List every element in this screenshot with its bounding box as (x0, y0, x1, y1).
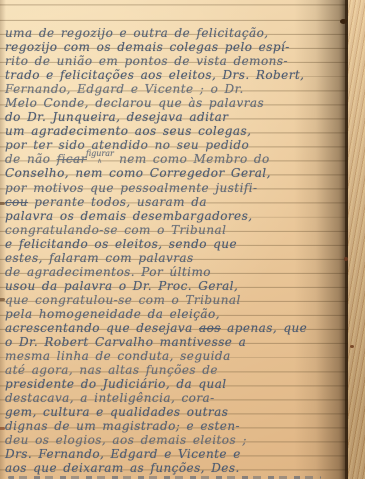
handwriting-line: Fernando, Edgard e Vicente ; o Dr. (5, 82, 331, 96)
text-segment: o Dr. Robert Carvalho mantivesse a (5, 335, 246, 349)
page-edges-shade (348, 0, 365, 479)
text-segment: congratulando-se com o Tribunal (5, 223, 226, 237)
handwriting-line: palavra os demais desembargadores, (5, 209, 331, 223)
text-segment: até agora, nas altas funções de (5, 363, 218, 377)
handwriting-line: dignas de um magistrado; e esten- (5, 419, 331, 433)
handwriting-line: destacava, a inteligência, cora- (5, 391, 331, 405)
handwriting-line: que congratulou-se com o Tribunal (5, 293, 331, 307)
struck-word: cou (5, 195, 28, 209)
text-segment: rito de união em pontos de vista demons- (5, 54, 288, 68)
handwriting-line: Conselho, nem como Corregedor Geral, (5, 166, 331, 180)
handwriting-line: por motivos que pessoalmente justifi- (5, 181, 331, 195)
struck-word: aos (199, 321, 221, 335)
ink-speck (350, 345, 354, 348)
handwriting-line: mesma linha de conduta, seguida (5, 349, 331, 363)
text-segment: dignas de um magistrado; e esten- (5, 419, 240, 433)
ink-speck (344, 257, 348, 261)
handwriting-line: Melo Conde, declarou que às palavras (5, 96, 331, 110)
text-segment: que congratulou-se com o Tribunal (5, 293, 241, 307)
handwriting-line: por ter sido atendido no seu pedido (5, 138, 331, 152)
handwriting-line: presidente do Judiciário, da qual (5, 377, 331, 391)
text-segment: de não (5, 152, 57, 166)
text-segment: do Dr. Junqueira, desejava aditar (5, 110, 228, 124)
text-segment: regozijo com os demais colegas pelo espí… (5, 40, 290, 54)
manuscript-page: uma de regozijo e outra de felicitação,r… (0, 0, 365, 479)
text-segment: nem como Membro do (113, 152, 270, 166)
text-segment: presidente do Judiciário, da qual (5, 377, 227, 391)
text-segment: deu os elogios, aos demais eleitos ; (5, 433, 247, 447)
text-segment: trado e felicitações aos eleitos, Drs. R… (5, 68, 304, 82)
handwriting-line: gem, cultura e qualidades outras (5, 405, 331, 419)
text-segment: por motivos que pessoalmente justifi- (5, 181, 258, 195)
handwriting-line: Drs. Fernando, Edgard e Vicente e (5, 447, 331, 461)
inserted-word: figurar (86, 147, 114, 161)
text-segment: de agradecimentos. Por último (5, 265, 211, 279)
handwriting-line: de não ficarfigurar nem como Membro do (5, 152, 331, 166)
handwriting-line: pela homogeneidade da eleição, (5, 307, 331, 321)
text-segment: perante todos, usaram da (28, 195, 207, 209)
handwriting-line: o Dr. Robert Carvalho mantivesse a (5, 335, 331, 349)
text-segment: pela homogeneidade da eleição, (5, 307, 220, 321)
text-segment: Melo Conde, declarou que às palavras (5, 96, 264, 110)
text-segment: Drs. Fernando, Edgard e Vicente e (5, 447, 241, 461)
handwriting-line: aos que deixaram as funções, Des. (5, 461, 331, 475)
text-segment: Fernando, Edgard e Vicente ; o Dr. (5, 82, 244, 96)
handwriting-line: um agradecimento aos seus colegas, (5, 124, 331, 138)
text-segment: gem, cultura e qualidades outras (5, 405, 228, 419)
text-segment: palavra os demais desembargadores, (5, 209, 252, 223)
handwriting: uma de regozijo e outra de felicitação,r… (5, 26, 331, 476)
text-segment: usou da palavra o Dr. Proc. Geral, (5, 279, 238, 293)
handwriting-line: cou perante todos, usaram da (5, 195, 331, 209)
handwriting-line: deu os elogios, aos demais eleitos ; (5, 433, 331, 447)
text-segment: estes, falaram com palavras (5, 251, 194, 265)
handwriting-line: estes, falaram com palavras (5, 251, 331, 265)
text-segment: um agradecimento aos seus colegas, (5, 124, 251, 138)
handwriting-line: congratulando-se com o Tribunal (5, 223, 331, 237)
ink-speck (340, 19, 347, 24)
handwriting-line: trado e felicitações aos eleitos, Drs. R… (5, 68, 331, 82)
text-segment: Conselho, nem como Corregedor Geral, (5, 166, 271, 180)
handwriting-line: regozijo com os demais colegas pelo espí… (5, 40, 331, 54)
text-segment: aos que deixaram as funções, Des. (5, 461, 240, 475)
text-segment: por ter sido atendido no seu pedido (5, 138, 249, 152)
handwriting-line: usou da palavra o Dr. Proc. Geral, (5, 279, 331, 293)
text-segment: mesma linha de conduta, seguida (5, 349, 231, 363)
handwriting-line: do Dr. Junqueira, desejava aditar (5, 110, 331, 124)
binding-gutter-shadow (294, 0, 348, 479)
handwriting-line: acrescentando que desejava aos apenas, q… (5, 321, 331, 335)
text-segment: uma de regozijo e outra de felicitação, (5, 26, 269, 40)
text-segment: e felicitando os eleitos, sendo que (5, 237, 237, 251)
handwriting-line: rito de união em pontos de vista demons- (5, 54, 331, 68)
struck-word: ficar (57, 152, 87, 166)
handwriting-line: uma de regozijo e outra de felicitação, (5, 26, 331, 40)
handwriting-line: e felicitando os eleitos, sendo que (5, 237, 331, 251)
text-segment: destacava, a inteligência, cora- (5, 391, 215, 405)
handwriting-line: de agradecimentos. Por último (5, 265, 331, 279)
handwriting-line: até agora, nas altas funções de (5, 363, 331, 377)
text-segment: acrescentando que desejava (5, 321, 199, 335)
